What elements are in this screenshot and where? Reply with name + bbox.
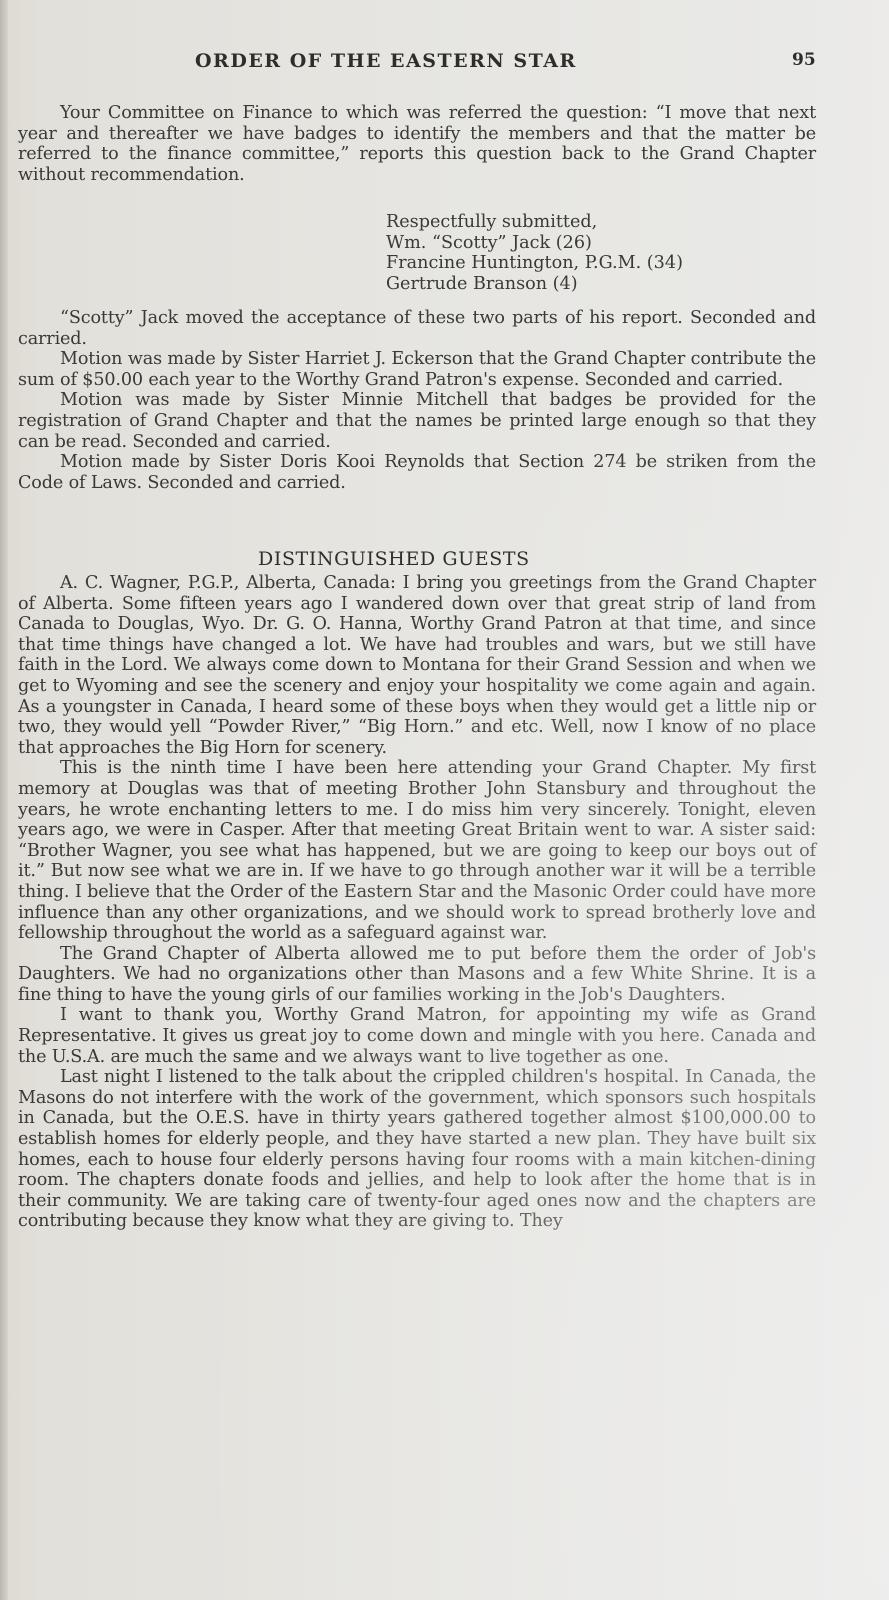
guest-speech-paragraph: This is the ninth time I have been here … xyxy=(18,758,816,943)
page-number: 95 xyxy=(792,50,816,70)
signer-name: Wm. “Scotty” Jack (26) xyxy=(386,233,683,254)
signer-name: Francine Huntington, P.G.M. (34) xyxy=(386,253,683,274)
guest-speech-paragraph: The Grand Chapter of Alberta allowed me … xyxy=(18,944,816,1006)
signature-block: Respectfully submitted, Wm. “Scotty” Jac… xyxy=(386,212,683,294)
motion-paragraph: “Scotty” Jack moved the acceptance of th… xyxy=(18,308,816,349)
running-title: ORDER OF THE EASTERN STAR xyxy=(195,50,577,72)
running-header: ORDER OF THE EASTERN STAR 95 xyxy=(0,50,889,80)
motion-paragraph: Motion was made by Sister Harriet J. Eck… xyxy=(18,349,816,390)
guest-speech-paragraph: I want to thank you, Worthy Grand Matron… xyxy=(18,1005,816,1067)
guest-speech-paragraph: A. C. Wagner, P.G.P., Alberta, Canada: I… xyxy=(18,573,816,758)
guest-speech-paragraph: Last night I listened to the talk about … xyxy=(18,1067,816,1232)
signature-closing: Respectfully submitted, xyxy=(386,212,683,233)
distinguished-guests-block: A. C. Wagner, P.G.P., Alberta, Canada: I… xyxy=(18,573,816,1232)
motions-block: “Scotty” Jack moved the acceptance of th… xyxy=(18,308,816,493)
motion-paragraph: Motion made by Sister Doris Kooi Reynold… xyxy=(18,452,816,493)
finance-report-block: Your Committee on Finance to which was r… xyxy=(18,103,816,185)
motion-paragraph: Motion was made by Sister Minnie Mitchel… xyxy=(18,390,816,452)
section-heading: DISTINGUISHED GUESTS xyxy=(258,548,530,570)
page-binding-edge xyxy=(0,0,8,1600)
signer-name: Gertrude Branson (4) xyxy=(386,274,683,295)
finance-report-paragraph: Your Committee on Finance to which was r… xyxy=(18,103,816,185)
